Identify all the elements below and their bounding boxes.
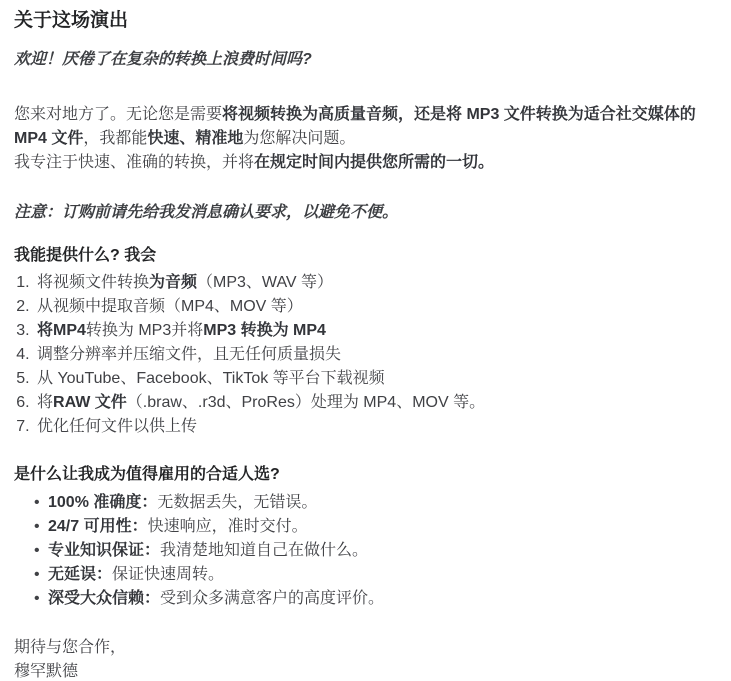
service-1-tail: （MP3、WAV 等） xyxy=(197,274,333,291)
service-1-text: 将视频文件转换 xyxy=(37,274,149,291)
service-6-tail: （.braw、.r3d、ProRes）处理为 MP4、MOV 等。 xyxy=(127,394,485,411)
gig-description-page: { "colors": { "background": "#ffffff", "… xyxy=(0,0,731,681)
closing-signature: 穆罕默德 xyxy=(14,663,78,680)
hire-3-text: 我清楚地知道自己在做什么。 xyxy=(160,542,368,559)
hire-1-label: 100% 准确度： xyxy=(48,494,157,511)
service-item-6: 将RAW 文件（.braw、.r3d、ProRes）处理为 MP4、MOV 等。 xyxy=(34,391,717,415)
hire-item-2: 24/7 可用性：快速响应，准时交付。 xyxy=(48,515,717,539)
service-5-text: 从 YouTube、Facebook、TikTok 等平台下载视频 xyxy=(37,370,385,387)
service-item-3: 将MP4转换为 MP3并将MP3 转换为 MP4 xyxy=(34,319,717,343)
hire-5-text: 受到众多满意客户的高度评价。 xyxy=(160,590,384,607)
note-line: 注意：订购前请先给我发消息确认要求，以避免不便。 xyxy=(14,201,717,225)
service-7-text: 优化任何文件以供上传 xyxy=(37,418,197,435)
intro-run-1: 您来对地方了。无论您是需要 xyxy=(14,106,222,123)
closing-paragraph: 期待与您合作，穆罕默德 xyxy=(14,636,717,681)
hire-heading: 是什么让我成为值得雇用的合适人选? xyxy=(14,463,717,487)
section-title: 关于这场演出 xyxy=(14,9,717,33)
hire-4-text: 保证快速周转。 xyxy=(112,566,224,583)
hire-3-label: 专业知识保证： xyxy=(48,542,160,559)
hire-5-label: 深受大众信赖： xyxy=(48,590,160,607)
service-1-bold: 为音频 xyxy=(149,274,197,291)
intro-run-5: 为您解决问题。 xyxy=(243,130,355,147)
hire-item-5: 深受大众信赖：受到众多满意客户的高度评价。 xyxy=(48,587,717,611)
services-heading: 我能提供什么? 我会 xyxy=(14,244,717,268)
service-3-text: 转换为 MP3并将 xyxy=(86,322,203,339)
intro-run-7-bold: 在规定时间内提供您所需的一切。 xyxy=(254,154,494,171)
service-2-text: 从视频中提取音频（MP4、MOV 等） xyxy=(37,298,303,315)
hire-1-text: 无数据丢失，无错误。 xyxy=(157,494,317,511)
service-item-5: 从 YouTube、Facebook、TikTok 等平台下载视频 xyxy=(34,367,717,391)
hire-4-label: 无延误： xyxy=(48,566,112,583)
service-4-text: 调整分辨率并压缩文件，且无任何质量损失 xyxy=(37,346,341,363)
hire-2-label: 24/7 可用性： xyxy=(48,518,148,535)
service-item-2: 从视频中提取音频（MP4、MOV 等） xyxy=(34,295,717,319)
service-item-1: 将视频文件转换为音频（MP3、WAV 等） xyxy=(34,271,717,295)
services-list: 将视频文件转换为音频（MP3、WAV 等） 从视频中提取音频（MP4、MOV 等… xyxy=(14,271,717,439)
service-item-7: 优化任何文件以供上传 xyxy=(34,415,717,439)
hire-2-text: 快速响应，准时交付。 xyxy=(148,518,308,535)
intro-run-4-bold: 快速、精准地 xyxy=(147,130,243,147)
intro-run-6: 我专注于快速、准确的转换，并将 xyxy=(14,154,254,171)
service-item-4: 调整分辨率并压缩文件，且无任何质量损失 xyxy=(34,343,717,367)
hire-item-4: 无延误：保证快速周转。 xyxy=(48,563,717,587)
service-6-bold: RAW 文件 xyxy=(53,394,127,411)
about-gig-section: 关于这场演出 欢迎！厌倦了在复杂的转换上浪费时间吗? 您来对地方了。无论您是需要… xyxy=(0,0,731,681)
intro-run-3: ，我都能 xyxy=(83,130,147,147)
welcome-line: 欢迎！厌倦了在复杂的转换上浪费时间吗? xyxy=(14,48,717,72)
closing-line-1: 期待与您合作， xyxy=(14,639,126,656)
service-3-bold-a: 将MP4 xyxy=(37,322,86,339)
hire-item-1: 100% 准确度：无数据丢失，无错误。 xyxy=(48,491,717,515)
hire-item-3: 专业知识保证：我清楚地知道自己在做什么。 xyxy=(48,539,717,563)
service-6-text: 将 xyxy=(37,394,53,411)
service-3-bold-b: MP3 转换为 MP4 xyxy=(203,322,326,339)
hire-list: 100% 准确度：无数据丢失，无错误。 24/7 可用性：快速响应，准时交付。 … xyxy=(14,491,717,611)
intro-paragraph: 您来对地方了。无论您是需要将视频转换为高质量音频，还是将 MP3 文件转换为适合… xyxy=(14,103,717,175)
